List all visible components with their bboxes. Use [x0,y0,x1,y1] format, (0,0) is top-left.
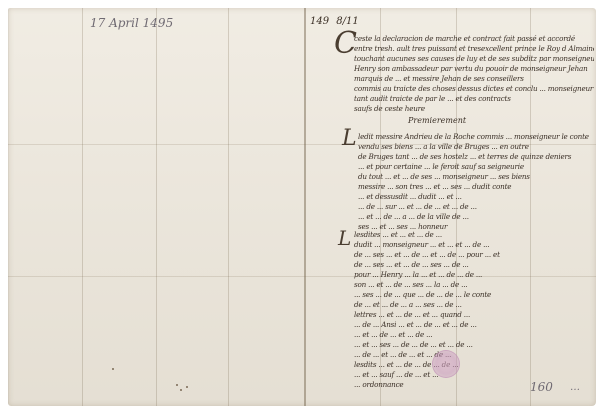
text-line: ... de ... sur ... et ... de ... et ... … [358,202,590,212]
text-line: commis au traicte des choses dessus dict… [354,84,594,94]
center-fold [304,8,306,406]
text-line: ... et ... de ... a ... de la ville de .… [358,212,590,222]
text-line: ... de ... et ... de ... et ... de ... [354,350,592,360]
text-line: ... ordonnance [354,380,592,390]
section-heading: Premierement [408,116,466,125]
text-line: lesdits ... et ... de ... de ... de ... [354,360,592,370]
text-line: entre tresh. ault tres puissant et trese… [354,44,594,54]
text-line: de ... ses ... et ... de ... ses ... de … [354,260,592,270]
corner-mark: … [570,382,580,393]
pencil-date: 17 April 1495 [90,16,173,30]
text-line: ... et pour certaine ... le feroit sauf … [358,162,590,172]
text-line: lettres ... et ... de ... et ... quand .… [354,310,592,320]
foxing-spot [112,368,114,370]
text-line: saufs de ceste heure [354,104,594,114]
text-line: de ... ses ... et ... de ... et ... de .… [354,250,592,260]
text-line: de ... et ... de ... a ... ses ... de ..… [354,300,592,310]
text-line: messire ... son tres ... et ... ses ... … [358,182,590,192]
text-line: marquis de ... et messire Jehan de ses c… [354,74,594,84]
paragraph-3: lesdites ... et ... et ... de ... dudit … [354,230,592,390]
text-line: ... et ... ses ... de ... de ... et ... … [354,340,592,350]
text-line: lesdites ... et ... et ... de ... [354,230,592,240]
folio-number: 149 [310,16,329,27]
text-line: ledit messire Andrieu de la Roche commis… [358,132,590,142]
text-line: dudit ... monseigneur ... et ... et ... … [354,240,592,250]
library-stamp [432,350,460,378]
text-line: tant audit traicte de par le ... et des … [354,94,594,104]
text-line: ... ses ... de ... que ... de ... de ...… [354,290,592,300]
text-line: ... de ... Ansi ... et ... de ... et ...… [354,320,592,330]
text-line: ... et ... de ... et ... de ... [354,330,592,340]
foxing-spot [180,389,182,391]
decorated-initial: L [338,226,351,250]
decorated-initial: L [342,126,357,151]
text-line: ceste la declaracion de marche et contra… [354,34,594,44]
foxing-spot [186,386,188,388]
fold-line [156,8,157,406]
text-line: ... et dessusdit ... dudit ... et ... [358,192,590,202]
foxing-spot [176,384,178,386]
pencil-page-number: 160 [530,380,553,394]
text-line: son ... et ... de ... ses ... la ... de … [354,280,592,290]
text-line: pour ... Henry ... la ... et ... de ... … [354,270,592,280]
text-line: vendu ses biens ... a la ville de Bruges… [358,142,590,152]
text-line: ... et ... sauf ... de ... et ... [354,370,592,380]
fold-line [228,8,229,406]
text-line: de Bruges tant ... de ses hostelz ... et… [358,152,590,162]
fold-line [82,8,83,406]
text-line: touchant aucunes ses causes de luy et de… [354,54,594,64]
paragraph-2: ledit messire Andrieu de la Roche commis… [358,132,590,232]
text-line: du tout ... et ... de ses ... monseigneu… [358,172,590,182]
manuscript-sheet: 17 April 1495 149 8/11 C ceste la declar… [8,8,596,406]
paragraph-1: ceste la declaracion de marche et contra… [354,34,594,114]
text-line: Henry son ambassadeur par vertu du pouoi… [354,64,594,74]
